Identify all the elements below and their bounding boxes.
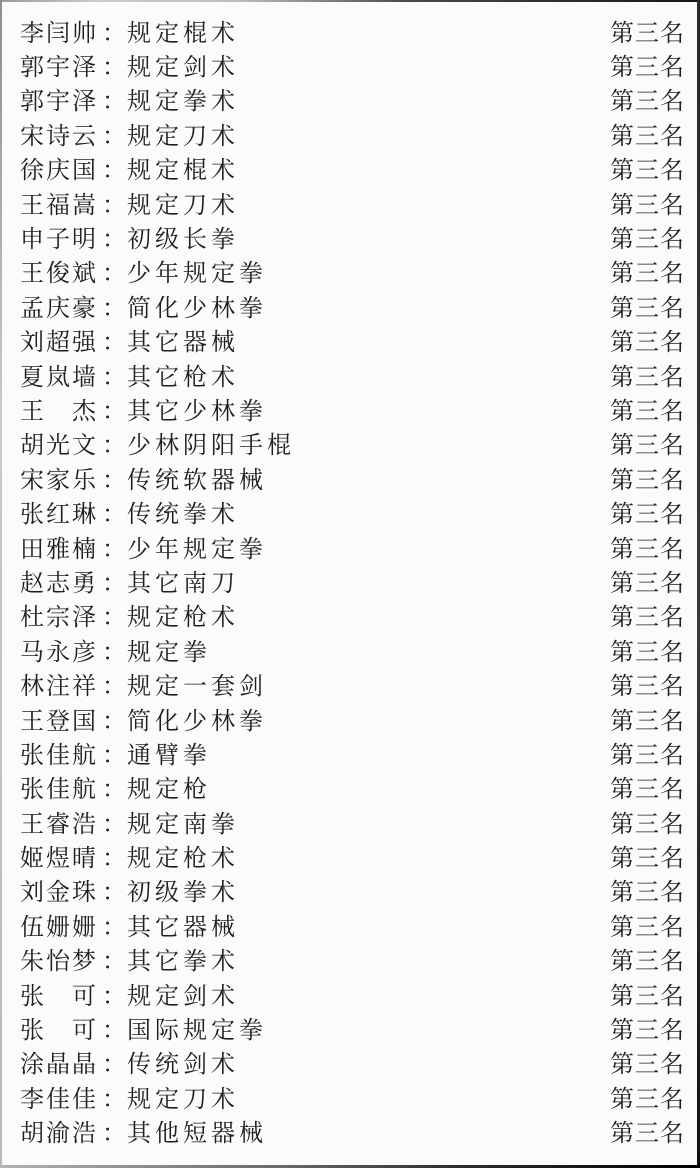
name-column: 王福嵩： [20, 185, 127, 220]
result-row: 刘超强： 其它器械 第三名 [20, 323, 685, 357]
rank-label: 第三名 [610, 81, 685, 116]
name-colon: ： [102, 769, 126, 804]
event-name: 其它枪术 [127, 357, 239, 392]
name-column: 郭宇泽： [20, 47, 127, 82]
rank-label: 第三名 [610, 391, 685, 426]
result-row: 田雅楠： 少年规定拳 第三名 [20, 529, 685, 563]
name-colon: ： [102, 529, 126, 564]
rank-label: 第三名 [610, 116, 685, 151]
result-row: 孟庆豪： 简化少林拳 第三名 [20, 288, 685, 322]
event-name: 简化少林拳 [127, 288, 267, 323]
name-column: 张 可： [20, 976, 127, 1011]
event-name: 规定枪 [127, 769, 211, 804]
result-row: 涂晶晶： 传统剑术 第三名 [20, 1045, 685, 1079]
rank-label: 第三名 [610, 253, 685, 288]
result-row: 李闫帅： 规定棍术 第三名 [20, 13, 685, 47]
athlete-name: 李佳佳 [20, 1079, 102, 1114]
result-row: 王福嵩： 规定刀术 第三名 [20, 185, 685, 219]
results-list: 李闫帅： 规定棍术 第三名 郭宇泽： 规定剑术 第三名 郭宇泽： 规定拳术 第三… [0, 13, 700, 1148]
result-row: 宋诗云： 规定刀术 第三名 [20, 116, 685, 150]
result-row: 张佳航： 通臂拳 第三名 [20, 735, 685, 769]
event-name: 其它拳术 [127, 941, 239, 976]
name-colon: ： [102, 81, 126, 116]
event-name: 其它南刀 [127, 563, 239, 598]
name-colon: ： [102, 1044, 126, 1079]
name-column: 宋诗云： [20, 116, 127, 151]
name-column: 胡渝浩： [20, 1113, 127, 1148]
event-name: 传统拳术 [127, 494, 239, 529]
name-column: 张 可： [20, 1010, 127, 1045]
name-column: 赵志勇： [20, 563, 127, 598]
name-column: 姬煜晴： [20, 838, 127, 873]
name-colon: ： [102, 116, 126, 151]
name-column: 胡光文： [20, 425, 127, 460]
name-column: 伍姗姗： [20, 907, 127, 942]
event-name: 其它少林拳 [127, 391, 267, 426]
name-column: 王 杰： [20, 391, 127, 426]
rank-label: 第三名 [610, 1010, 685, 1045]
result-row: 胡光文： 少林阴阳手棍 第三名 [20, 426, 685, 460]
result-row: 姬煜晴： 规定枪术 第三名 [20, 838, 685, 872]
name-colon: ： [102, 907, 126, 942]
event-name: 规定棍术 [127, 150, 239, 185]
rank-label: 第三名 [610, 322, 685, 357]
rank-label: 第三名 [610, 769, 685, 804]
event-name: 国际规定拳 [127, 1010, 267, 1045]
name-colon: ： [102, 941, 126, 976]
athlete-name: 王登国 [20, 701, 102, 736]
athlete-name: 王俊斌 [20, 253, 102, 288]
athlete-name: 张佳航 [20, 769, 102, 804]
event-name: 规定南拳 [127, 804, 239, 839]
event-name: 规定枪术 [127, 597, 239, 632]
name-column: 刘超强： [20, 322, 127, 357]
name-column: 李佳佳： [20, 1079, 127, 1114]
event-name: 传统软器械 [127, 460, 267, 495]
result-row: 杜宗泽： 规定枪术 第三名 [20, 598, 685, 632]
athlete-name: 王 杰 [20, 391, 102, 426]
name-colon: ： [102, 13, 126, 48]
athlete-name: 伍姗姗 [20, 907, 102, 942]
result-row: 李佳佳： 规定刀术 第三名 [20, 1079, 685, 1113]
name-colon: ： [102, 425, 126, 460]
athlete-name: 张 可 [20, 1010, 102, 1045]
name-colon: ： [102, 632, 126, 667]
rank-label: 第三名 [610, 976, 685, 1011]
name-colon: ： [102, 597, 126, 632]
athlete-name: 张 可 [20, 976, 102, 1011]
name-column: 宋家乐： [20, 460, 127, 495]
name-column: 申子明： [20, 219, 127, 254]
event-name: 少年规定拳 [127, 529, 267, 564]
event-name: 规定刀术 [127, 185, 239, 220]
name-colon: ： [102, 666, 126, 701]
rank-label: 第三名 [610, 907, 685, 942]
name-column: 田雅楠： [20, 529, 127, 564]
athlete-name: 刘超强 [20, 322, 102, 357]
event-name: 其它器械 [127, 907, 239, 942]
athlete-name: 姬煜晴 [20, 838, 102, 873]
name-colon: ： [102, 563, 126, 598]
result-row: 张 可： 国际规定拳 第三名 [20, 1010, 685, 1044]
name-colon: ： [102, 1079, 126, 1114]
event-name: 规定剑术 [127, 976, 239, 1011]
athlete-name: 孟庆豪 [20, 288, 102, 323]
name-colon: ： [102, 838, 126, 873]
athlete-name: 郭宇泽 [20, 47, 102, 82]
name-colon: ： [102, 804, 126, 839]
name-colon: ： [102, 872, 126, 907]
rank-label: 第三名 [610, 288, 685, 323]
name-column: 杜宗泽： [20, 597, 127, 632]
name-colon: ： [102, 47, 126, 82]
result-row: 张红琳： 传统拳术 第三名 [20, 494, 685, 528]
name-column: 夏岚墙： [20, 357, 127, 392]
name-column: 王俊斌： [20, 253, 127, 288]
name-column: 孟庆豪： [20, 288, 127, 323]
name-column: 张佳航： [20, 735, 127, 770]
result-row: 胡渝浩： 其他短器械 第三名 [20, 1114, 685, 1148]
event-name: 少林阴阳手棍 [127, 425, 295, 460]
event-name: 传统剑术 [127, 1044, 239, 1079]
result-row: 马永彦： 规定拳 第三名 [20, 632, 685, 666]
athlete-name: 赵志勇 [20, 563, 102, 598]
result-row: 伍姗姗： 其它器械 第三名 [20, 907, 685, 941]
name-column: 王登国： [20, 701, 127, 736]
result-row: 郭宇泽： 规定拳术 第三名 [20, 82, 685, 116]
athlete-name: 申子明 [20, 219, 102, 254]
athlete-name: 宋诗云 [20, 116, 102, 151]
rank-label: 第三名 [610, 804, 685, 839]
event-name: 简化少林拳 [127, 701, 267, 736]
name-colon: ： [102, 701, 126, 736]
name-column: 郭宇泽： [20, 81, 127, 116]
name-column: 马永彦： [20, 632, 127, 667]
name-colon: ： [102, 494, 126, 529]
result-row: 张 可： 规定剑术 第三名 [20, 976, 685, 1010]
results-document: 李闫帅： 规定棍术 第三名 郭宇泽： 规定剑术 第三名 郭宇泽： 规定拳术 第三… [0, 0, 700, 1168]
athlete-name: 郭宇泽 [20, 81, 102, 116]
rank-label: 第三名 [610, 563, 685, 598]
name-column: 李闫帅： [20, 13, 127, 48]
name-colon: ： [102, 460, 126, 495]
result-row: 刘金珠： 初级拳术 第三名 [20, 873, 685, 907]
result-row: 王睿浩： 规定南拳 第三名 [20, 804, 685, 838]
name-colon: ： [102, 253, 126, 288]
athlete-name: 张红琳 [20, 494, 102, 529]
name-column: 朱怡梦： [20, 941, 127, 976]
result-row: 朱怡梦： 其它拳术 第三名 [20, 942, 685, 976]
result-row: 张佳航： 规定枪 第三名 [20, 770, 685, 804]
name-colon: ： [102, 391, 126, 426]
rank-label: 第三名 [610, 701, 685, 736]
rank-label: 第三名 [610, 185, 685, 220]
name-colon: ： [102, 1113, 126, 1148]
event-name: 规定拳术 [127, 81, 239, 116]
athlete-name: 宋家乐 [20, 460, 102, 495]
name-colon: ： [102, 322, 126, 357]
event-name: 规定刀术 [127, 1079, 239, 1114]
event-name: 规定棍术 [127, 13, 239, 48]
rank-label: 第三名 [610, 460, 685, 495]
event-name: 其它器械 [127, 322, 239, 357]
event-name: 少年规定拳 [127, 253, 267, 288]
athlete-name: 胡渝浩 [20, 1113, 102, 1148]
athlete-name: 马永彦 [20, 632, 102, 667]
name-colon: ： [102, 219, 126, 254]
name-column: 涂晶晶： [20, 1044, 127, 1079]
name-column: 林注祥： [20, 666, 127, 701]
result-row: 王 杰： 其它少林拳 第三名 [20, 391, 685, 425]
rank-label: 第三名 [610, 597, 685, 632]
athlete-name: 刘金珠 [20, 872, 102, 907]
name-colon: ： [102, 735, 126, 770]
rank-label: 第三名 [610, 357, 685, 392]
event-name: 初级拳术 [127, 872, 239, 907]
rank-label: 第三名 [610, 529, 685, 564]
result-row: 夏岚墙： 其它枪术 第三名 [20, 357, 685, 391]
athlete-name: 田雅楠 [20, 529, 102, 564]
rank-label: 第三名 [610, 941, 685, 976]
rank-label: 第三名 [610, 1079, 685, 1114]
result-row: 宋家乐： 传统软器械 第三名 [20, 460, 685, 494]
event-name: 通臂拳 [127, 735, 211, 770]
result-row: 徐庆国： 规定棍术 第三名 [20, 151, 685, 185]
athlete-name: 张佳航 [20, 735, 102, 770]
athlete-name: 杜宗泽 [20, 597, 102, 632]
name-colon: ： [102, 150, 126, 185]
athlete-name: 徐庆国 [20, 150, 102, 185]
result-row: 申子明： 初级长拳 第三名 [20, 219, 685, 253]
event-name: 规定枪术 [127, 838, 239, 873]
name-colon: ： [102, 976, 126, 1011]
result-row: 郭宇泽： 规定剑术 第三名 [20, 47, 685, 81]
athlete-name: 林注祥 [20, 666, 102, 701]
rank-label: 第三名 [610, 872, 685, 907]
name-colon: ： [102, 1010, 126, 1045]
event-name: 规定刀术 [127, 116, 239, 151]
event-name: 其他短器械 [127, 1113, 267, 1148]
rank-label: 第三名 [610, 838, 685, 873]
athlete-name: 王睿浩 [20, 804, 102, 839]
event-name: 规定拳 [127, 632, 211, 667]
rank-label: 第三名 [610, 494, 685, 529]
result-row: 王登国： 简化少林拳 第三名 [20, 701, 685, 735]
scan-edge-top [0, 0, 700, 2]
result-row: 赵志勇： 其它南刀 第三名 [20, 563, 685, 597]
rank-label: 第三名 [610, 1113, 685, 1148]
event-name: 规定一套剑 [127, 666, 267, 701]
name-column: 王睿浩： [20, 804, 127, 839]
athlete-name: 涂晶晶 [20, 1044, 102, 1079]
result-row: 王俊斌： 少年规定拳 第三名 [20, 254, 685, 288]
rank-label: 第三名 [610, 1044, 685, 1079]
rank-label: 第三名 [610, 219, 685, 254]
athlete-name: 王福嵩 [20, 185, 102, 220]
rank-label: 第三名 [610, 632, 685, 667]
rank-label: 第三名 [610, 425, 685, 460]
rank-label: 第三名 [610, 735, 685, 770]
event-name: 规定剑术 [127, 47, 239, 82]
rank-label: 第三名 [610, 47, 685, 82]
name-column: 张佳航： [20, 769, 127, 804]
rank-label: 第三名 [610, 666, 685, 701]
name-column: 张红琳： [20, 494, 127, 529]
name-colon: ： [102, 185, 126, 220]
athlete-name: 李闫帅 [20, 13, 102, 48]
name-column: 徐庆国： [20, 150, 127, 185]
athlete-name: 朱怡梦 [20, 941, 102, 976]
name-colon: ： [102, 288, 126, 323]
name-colon: ： [102, 357, 126, 392]
name-column: 刘金珠： [20, 872, 127, 907]
athlete-name: 胡光文 [20, 425, 102, 460]
rank-label: 第三名 [610, 150, 685, 185]
result-row: 林注祥： 规定一套剑 第三名 [20, 666, 685, 700]
event-name: 初级长拳 [127, 219, 239, 254]
athlete-name: 夏岚墙 [20, 357, 102, 392]
rank-label: 第三名 [610, 13, 685, 48]
